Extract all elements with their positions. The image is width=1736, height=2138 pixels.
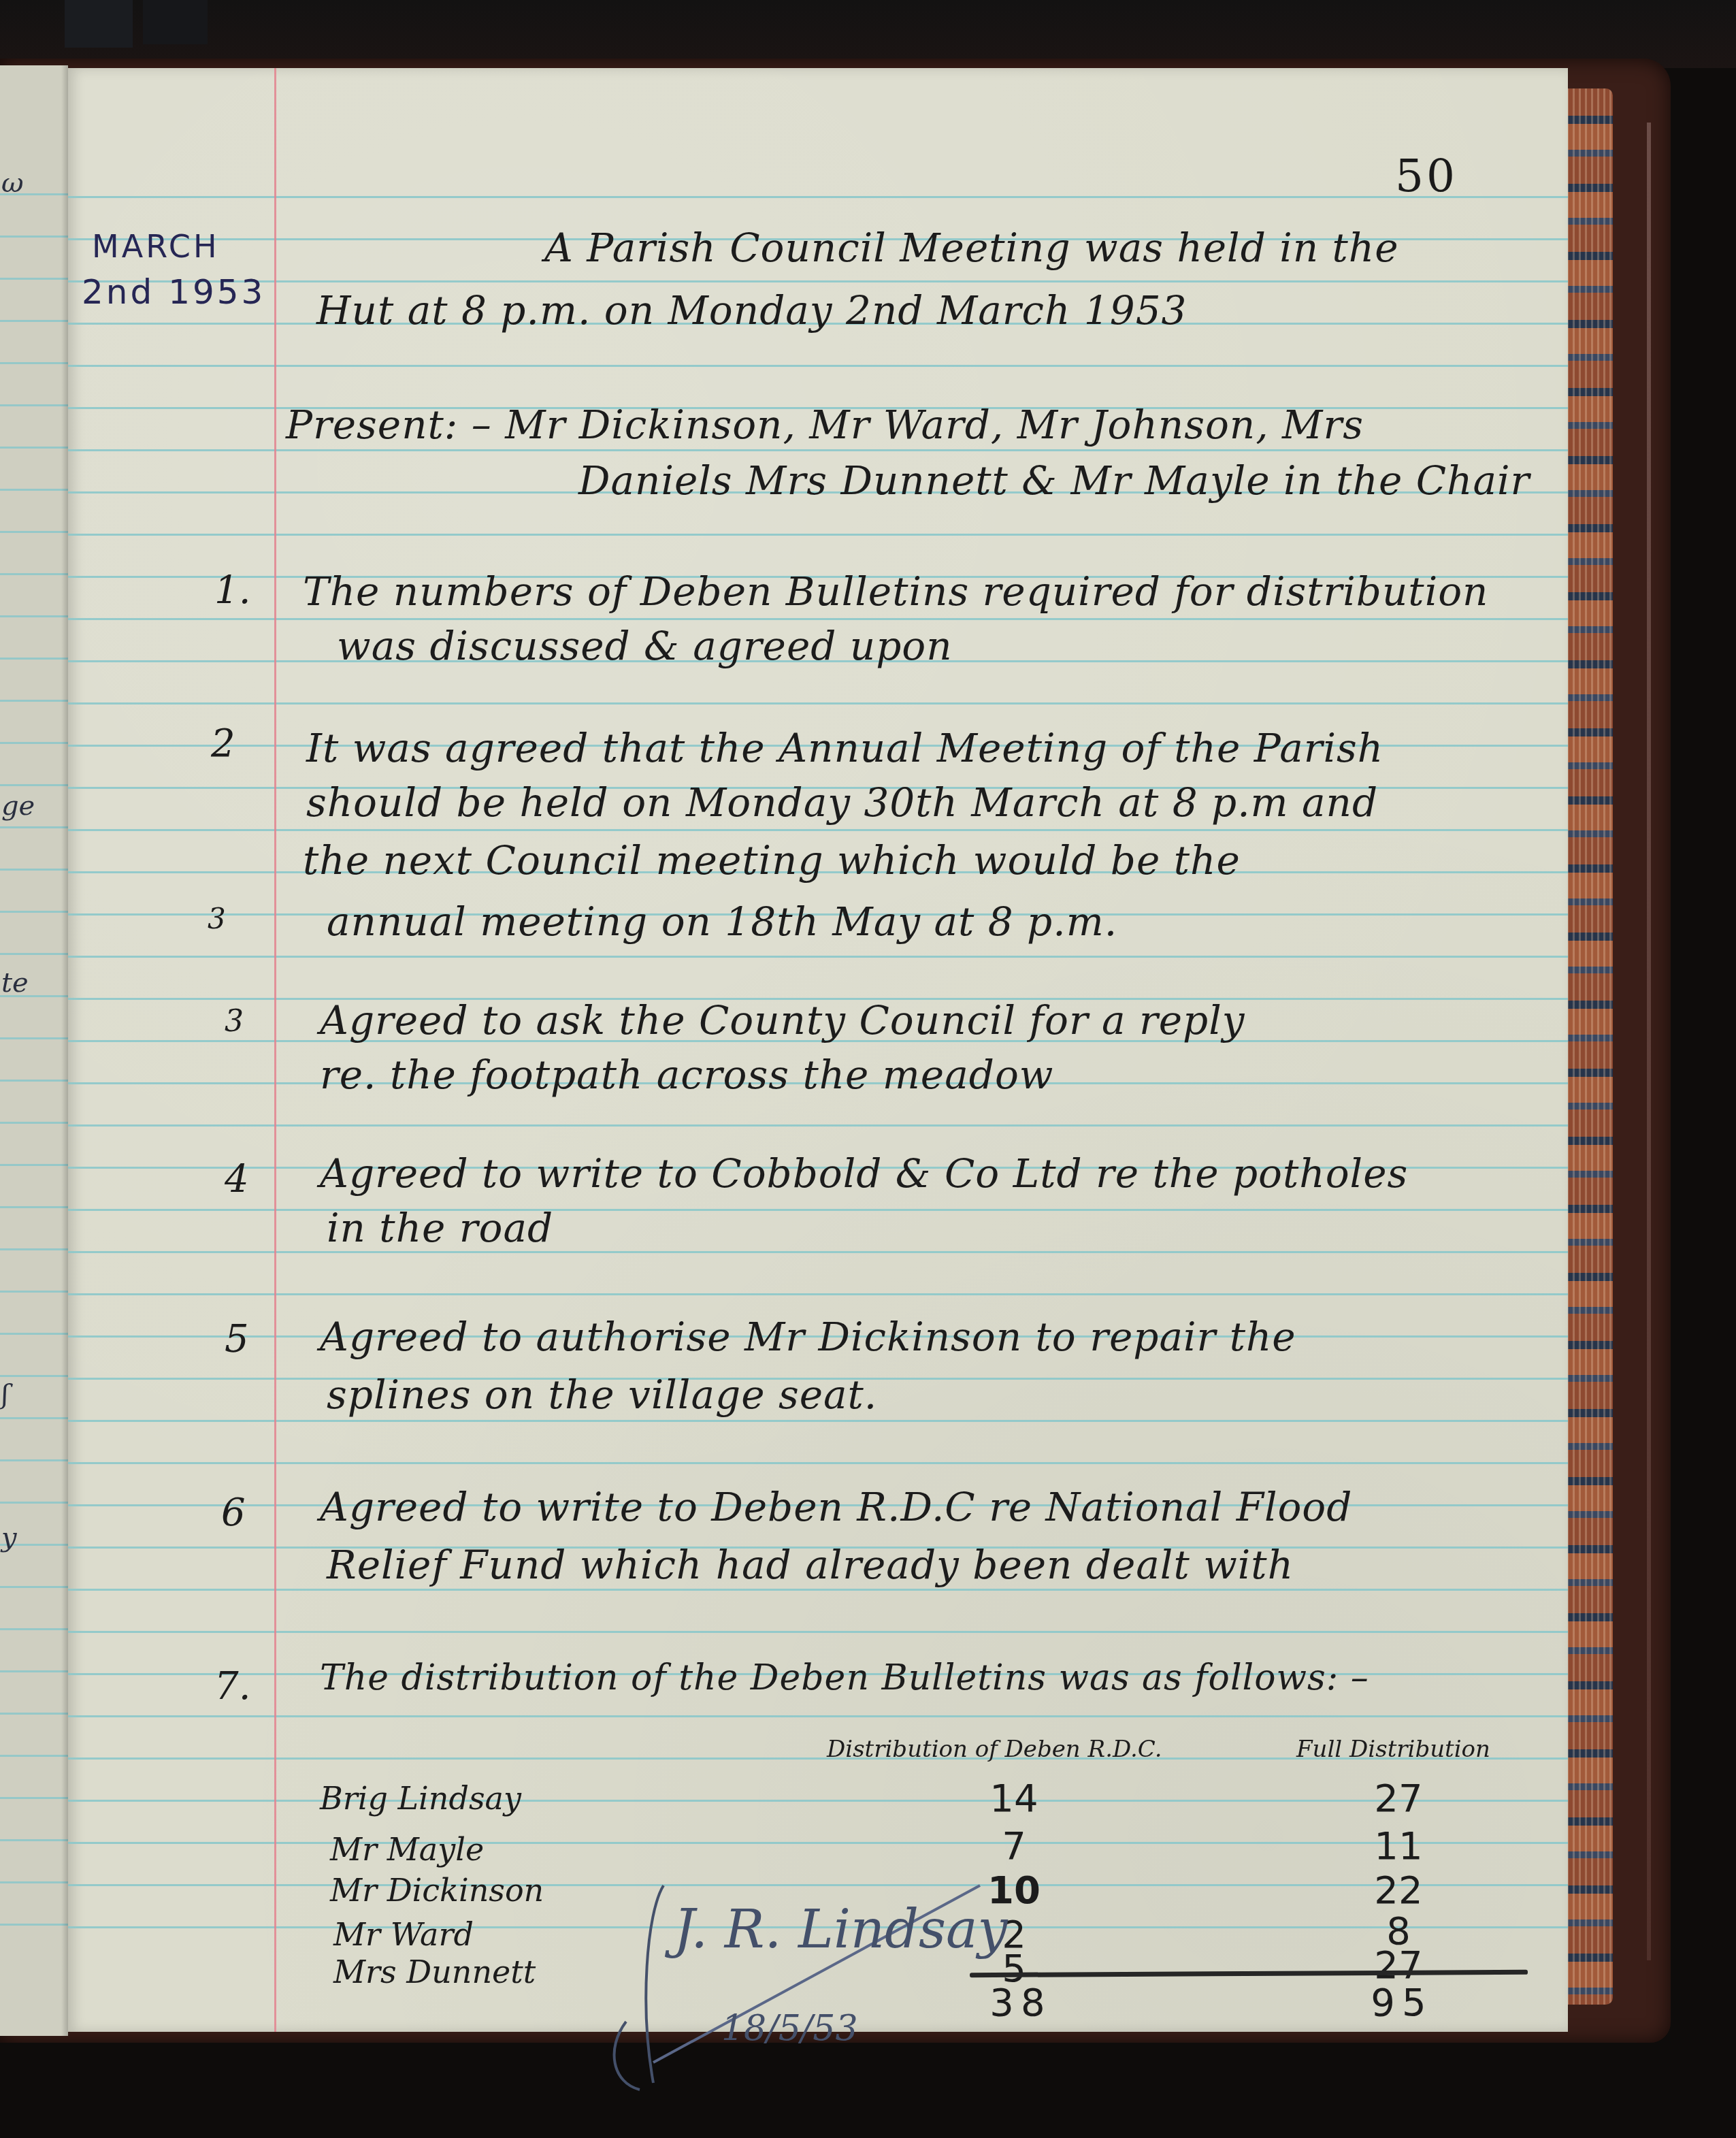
- ruled-line: [0, 1797, 68, 1799]
- item-text: Agreed to write to Cobbold & Co Ltd re t…: [320, 1150, 1408, 1197]
- cover-edge-highlight: [1647, 123, 1651, 1960]
- ruled-line: [0, 1122, 68, 1124]
- ruled-line: [68, 1631, 1568, 1633]
- table-row-name: Brig Lindsay: [320, 1780, 521, 1817]
- item-text: the next Council meeting which would be …: [303, 837, 1241, 884]
- margin-line: [274, 68, 276, 2032]
- ruled-line: [0, 1080, 68, 1082]
- total-full: 95: [1361, 1981, 1443, 2025]
- ruled-line: [0, 1459, 68, 1461]
- left-page-fragment: y: [1, 1522, 17, 1553]
- ruled-line: [68, 1462, 1568, 1464]
- ruled-line: [68, 449, 1568, 451]
- table-row-name: Mr Ward: [333, 1916, 474, 1953]
- item-number: 4: [225, 1157, 249, 1201]
- ruled-line: [0, 869, 68, 871]
- present-line-1: Present: – Mr Dickinson, Mr Ward, Mr Joh…: [286, 402, 1364, 448]
- background-shelf: [0, 0, 1736, 68]
- left-page-fragment: ω: [1, 167, 24, 199]
- ruled-line: [0, 911, 68, 913]
- item-text: was discussed & agreed upon: [337, 623, 953, 669]
- signature-name: J. R. Lindsay: [674, 1899, 1008, 1960]
- ruled-line: [68, 1715, 1568, 1717]
- ruled-line: [68, 1209, 1568, 1211]
- ruled-line: [0, 447, 68, 449]
- column-header-full: Full Distribution: [1296, 1736, 1490, 1763]
- item-number: 6: [221, 1491, 246, 1535]
- table-row-full: 27: [1358, 1777, 1439, 1821]
- ruled-line: [0, 784, 68, 786]
- table-row-full: 22: [1358, 1868, 1439, 1913]
- table-row-deben-rdc: 14: [973, 1777, 1055, 1821]
- ruled-line: [0, 1037, 68, 1039]
- ruled-line: [0, 615, 68, 617]
- ruled-line: [68, 1800, 1568, 1802]
- item-number: 1.: [214, 568, 250, 613]
- ruled-line: [0, 1248, 68, 1250]
- item-text: The distribution of the Deben Bulletins …: [320, 1657, 1369, 1698]
- ruled-line: [68, 1420, 1568, 1422]
- ruled-line: [0, 236, 68, 238]
- item-text: annual meeting on 18th May at 8 p.m.: [327, 898, 1117, 945]
- item-text: It was agreed that the Annual Meeting of…: [306, 725, 1383, 771]
- item-text: The numbers of Deben Bulletins required …: [303, 568, 1488, 615]
- ruled-line: [0, 1881, 68, 1883]
- ruled-line: [68, 196, 1568, 198]
- page-fold-shadow: [61, 65, 68, 2036]
- ruled-line: [0, 700, 68, 702]
- column-header-deben-rdc: Distribution of Deben R.D.C.: [827, 1736, 1162, 1763]
- left-page-fragment: te: [1, 967, 29, 999]
- present-line-2: Daniels Mrs Dunnett & Mr Mayle in the Ch…: [578, 457, 1530, 504]
- ruled-line: [68, 618, 1568, 620]
- ruled-line: [0, 1839, 68, 1841]
- ruled-line: [0, 1586, 68, 1588]
- ruled-line: [68, 702, 1568, 704]
- item-number: 5: [225, 1317, 249, 1361]
- signature: J. R. Lindsay 18/5/53: [599, 1872, 1021, 2096]
- ruled-line: [68, 365, 1568, 367]
- ruled-line: [0, 1670, 68, 1672]
- ruled-line: [0, 404, 68, 406]
- ruled-line: [68, 280, 1568, 282]
- item-text: Agreed to write to Deben R.D.C re Nation…: [320, 1484, 1352, 1530]
- item-text: Relief Fund which had already been dealt…: [327, 1542, 1294, 1588]
- adjacent-book-spine: [143, 0, 208, 44]
- ruled-line: [68, 1589, 1568, 1591]
- item-number: 7.: [214, 1664, 250, 1708]
- ruled-line: [0, 1755, 68, 1757]
- ruled-line: [0, 658, 68, 660]
- ruled-line: [0, 1333, 68, 1335]
- left-page-fragment: ʃ: [1, 1379, 9, 1410]
- adjacent-book-spine: [65, 0, 133, 48]
- ruled-line: [0, 1502, 68, 1504]
- item-text: should be held on Monday 30th March at 8…: [306, 779, 1378, 826]
- item-number: 3: [225, 1004, 244, 1039]
- ruled-line: [0, 531, 68, 533]
- item-text: re. the footpath across the meadow: [320, 1052, 1053, 1098]
- ruled-line: [0, 1628, 68, 1630]
- ruled-line: [0, 1375, 68, 1377]
- ruled-line: [68, 1293, 1568, 1295]
- ruled-line: [68, 534, 1568, 536]
- page-number: 50: [1395, 150, 1458, 202]
- ruled-line: [0, 278, 68, 280]
- ruled-line: [0, 1417, 68, 1419]
- table-row-deben-rdc: 7: [973, 1824, 1055, 1868]
- notebook-page: 50 MARCH 2nd 1953 A Parish Council Meeti…: [68, 68, 1568, 2032]
- table-row-name: Mrs Dunnett: [333, 1954, 536, 1990]
- marbled-page-edge: [1567, 88, 1613, 2005]
- item-margin-mark: 3: [208, 902, 226, 935]
- heading-line-2: Hut at 8 p.m. on Monday 2nd March 1953: [316, 287, 1187, 334]
- ruled-line: [68, 1842, 1568, 1844]
- date-day-year: 2nd 1953: [82, 272, 265, 312]
- ruled-line: [68, 1124, 1568, 1127]
- ruled-line: [68, 956, 1568, 958]
- table-row-name: Mr Dickinson: [330, 1872, 544, 1909]
- item-text: in the road: [327, 1205, 553, 1251]
- ruled-line: [0, 1713, 68, 1715]
- ruled-line: [0, 1164, 68, 1166]
- item-text: splines on the village seat.: [327, 1372, 877, 1418]
- ruled-line: [0, 362, 68, 364]
- previous-page-edge: ω ge te ʃ y: [0, 65, 68, 2036]
- ruled-line: [0, 320, 68, 322]
- ruled-line: [0, 1924, 68, 1926]
- table-row-full: 11: [1358, 1824, 1439, 1868]
- ruled-line: [0, 742, 68, 744]
- left-page-fragment: ge: [1, 790, 35, 822]
- ruled-line: [0, 953, 68, 955]
- ruled-line: [0, 1291, 68, 1293]
- ruled-line: [0, 489, 68, 491]
- item-text: Agreed to ask the County Council for a r…: [320, 997, 1245, 1043]
- ruled-line: [0, 826, 68, 828]
- item-text: Agreed to authorise Mr Dickinson to repa…: [320, 1314, 1296, 1360]
- heading-line-1: A Parish Council Meeting was held in the: [544, 225, 1399, 271]
- date-month: MARCH: [92, 228, 220, 265]
- ruled-line: [0, 1206, 68, 1208]
- table-row-name: Mr Mayle: [330, 1831, 484, 1868]
- signature-date: 18/5/53: [721, 2008, 857, 2049]
- item-number: 2: [211, 722, 235, 766]
- ruled-line: [68, 1251, 1568, 1253]
- ruled-line: [0, 573, 68, 575]
- ruled-line: [68, 829, 1568, 831]
